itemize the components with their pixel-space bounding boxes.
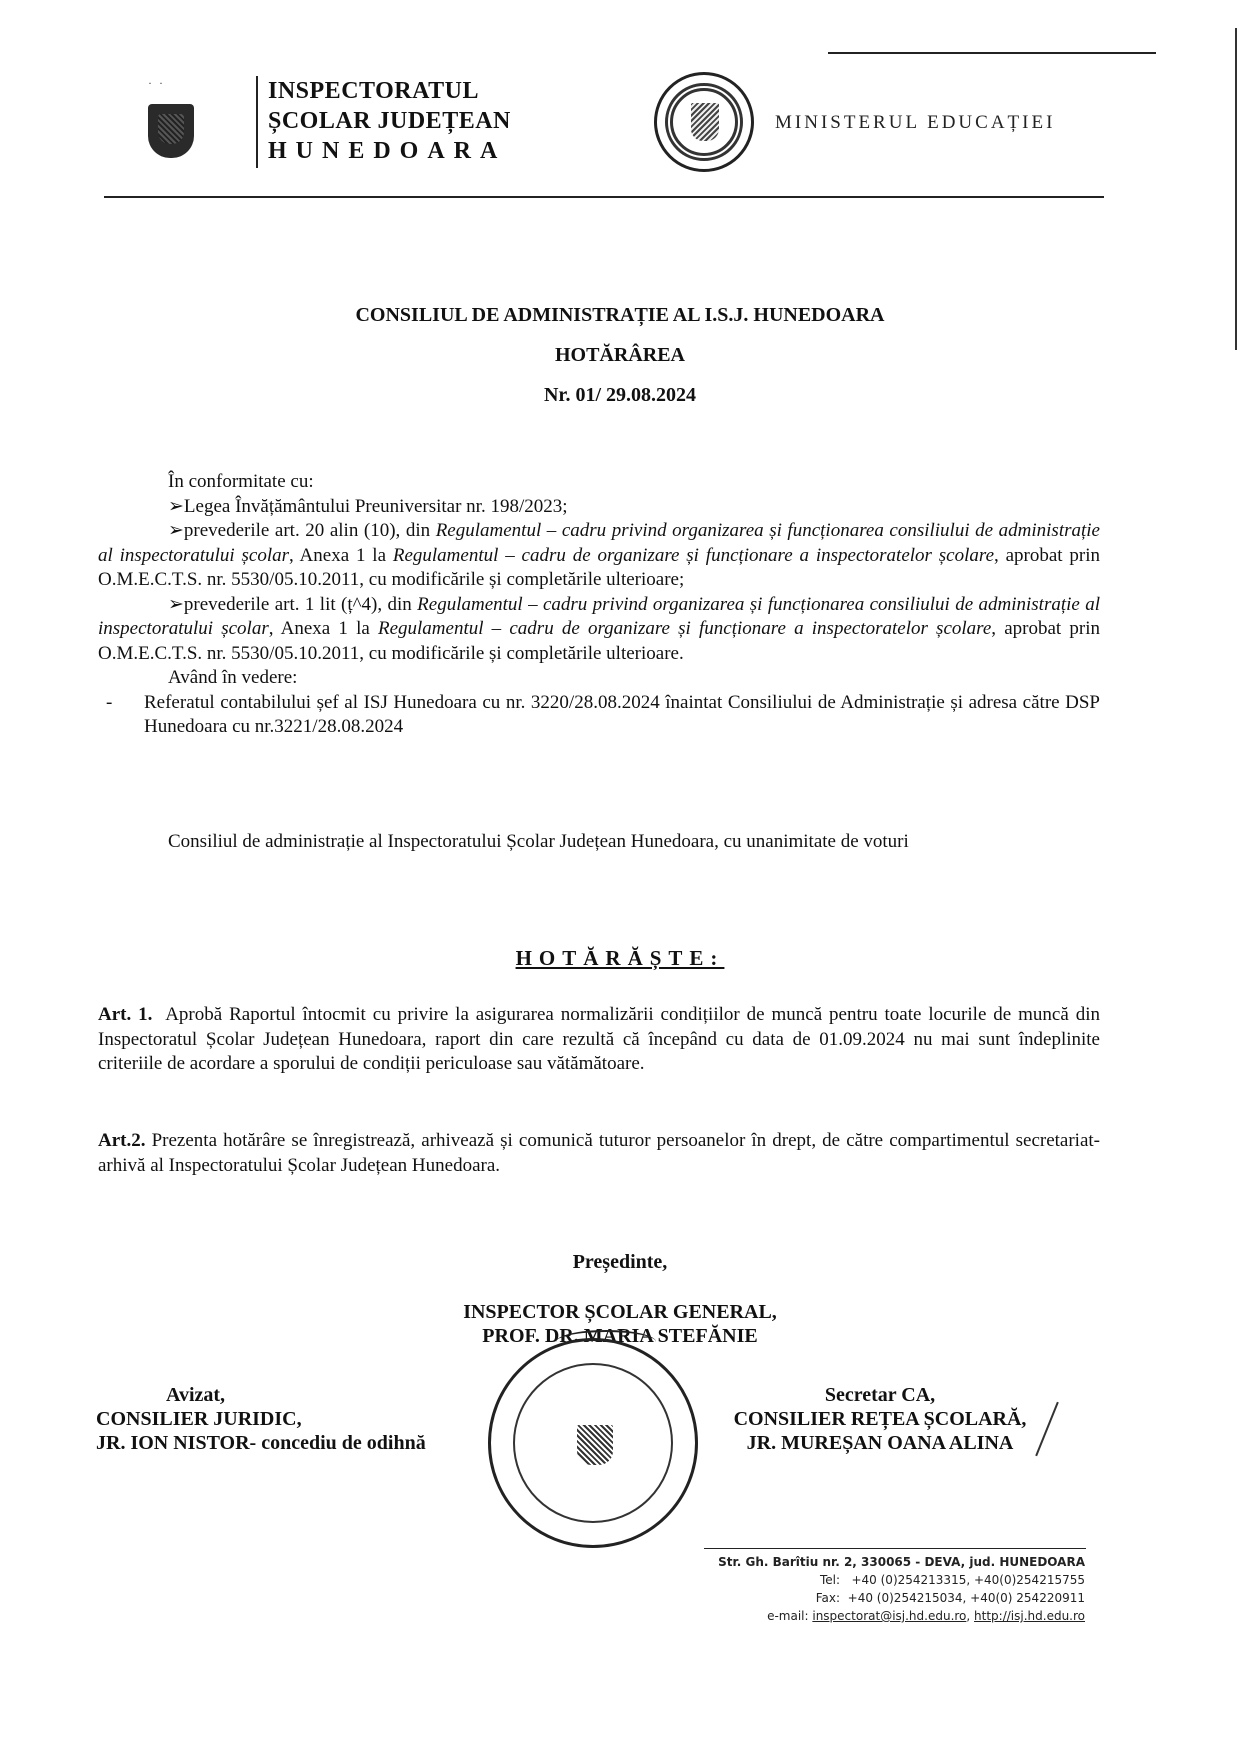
decides-heading: HOTĂRĂȘTE: [0, 946, 1240, 971]
president-label: Președinte, [0, 1250, 1240, 1274]
article-1-label: Art. 1. [98, 1004, 152, 1025]
decision-number: Nr. 01/ 29.08.2024 [0, 384, 1240, 407]
arrow-bullet-icon: ➢ [168, 496, 184, 517]
crest-ornament: · · [148, 76, 165, 91]
legal-advisor-name: JR. ION NISTOR- concediu de odihnă [96, 1431, 426, 1455]
top-rule [828, 52, 1156, 54]
secretary-label: Secretar CA, [690, 1383, 1070, 1407]
legal-advisor-label: Avizat, [96, 1383, 426, 1407]
preamble-intro: În conformitate cu: [98, 470, 1100, 495]
article-1: Art. 1. Aprobă Raportul întocmit cu priv… [98, 1003, 1100, 1077]
arrow-bullet-icon: ➢ [168, 520, 184, 541]
scan-edge [1235, 28, 1237, 350]
preamble: În conformitate cu: ➢Legea Învățământulu… [98, 470, 1100, 740]
article-2-label: Art.2. [98, 1130, 145, 1151]
government-seal-icon [654, 72, 754, 172]
footer-fax: Fax: +40 (0)254215034, +40(0) 254220911 [620, 1589, 1085, 1607]
considering-label: Având în vedere: [98, 666, 1100, 691]
institution-line-1: INSPECTORATUL [268, 76, 511, 106]
council-title: CONSILIUL DE ADMINISTRAȚIE AL I.S.J. HUN… [0, 304, 1240, 327]
legal-advisor-signature: Avizat, CONSILIER JURIDIC, JR. ION NISTO… [96, 1383, 426, 1455]
article-2-text: Prezenta hotărâre se înregistrează, arhi… [98, 1130, 1100, 1176]
secretary-signature: Secretar CA, CONSILIER REȚEA ȘCOLARĂ, JR… [690, 1383, 1070, 1455]
preamble-item-3: ➢prevederile art. 1 lit (ț^4), din Regul… [98, 593, 1100, 667]
footer-contact: Str. Gh. Barîtiu nr. 2, 330065 - DEVA, j… [620, 1553, 1085, 1625]
decision-title: HOTĂRÂREA [0, 344, 1240, 367]
preamble-item-2: ➢prevederile art. 20 alin (10), din Regu… [98, 519, 1100, 593]
preamble-item-1: ➢Legea Învățământului Preuniversitar nr.… [98, 495, 1100, 520]
secretary-name: JR. MUREȘAN OANA ALINA [690, 1431, 1070, 1455]
official-stamp-icon [488, 1338, 698, 1548]
footer-address: Str. Gh. Barîtiu nr. 2, 330065 - DEVA, j… [620, 1553, 1085, 1571]
secretary-title: CONSILIER REȚEA ȘCOLARĂ, [690, 1407, 1070, 1431]
considering-item: -Referatul contabilului șef al ISJ Huned… [98, 691, 1100, 740]
legal-advisor-title: CONSILIER JURIDIC, [96, 1407, 426, 1431]
coat-of-arms-icon [148, 104, 194, 158]
header-divider [256, 76, 258, 168]
header-rule [104, 196, 1104, 198]
council-statement: Consiliul de administrație al Inspectora… [98, 830, 1100, 855]
article-1-text: Aprobă Raportul întocmit cu privire la a… [98, 1004, 1100, 1074]
article-2: Art.2. Prezenta hotărâre se înregistreaz… [98, 1129, 1100, 1178]
president-title: INSPECTOR ȘCOLAR GENERAL, [0, 1300, 1240, 1324]
footer-tel: Tel: +40 (0)254213315, +40(0)254215755 [620, 1571, 1085, 1589]
footer-rule [704, 1548, 1086, 1549]
institution-line-2: ȘCOLAR JUDEȚEAN [268, 106, 511, 136]
arrow-bullet-icon: ➢ [168, 594, 184, 615]
ministry-name: MINISTERUL EDUCAȚIEI [775, 112, 1055, 134]
email-link[interactable]: inspectorat@isj.hd.edu.ro [812, 1609, 966, 1623]
footer-email: e-mail: inspectorat@isj.hd.edu.ro, http:… [620, 1607, 1085, 1625]
institution-line-3: HUNEDOARA [268, 136, 511, 166]
website-link[interactable]: http://isj.hd.edu.ro [974, 1609, 1085, 1623]
institution-name: INSPECTORATUL ȘCOLAR JUDEȚEAN HUNEDOARA [268, 76, 511, 166]
